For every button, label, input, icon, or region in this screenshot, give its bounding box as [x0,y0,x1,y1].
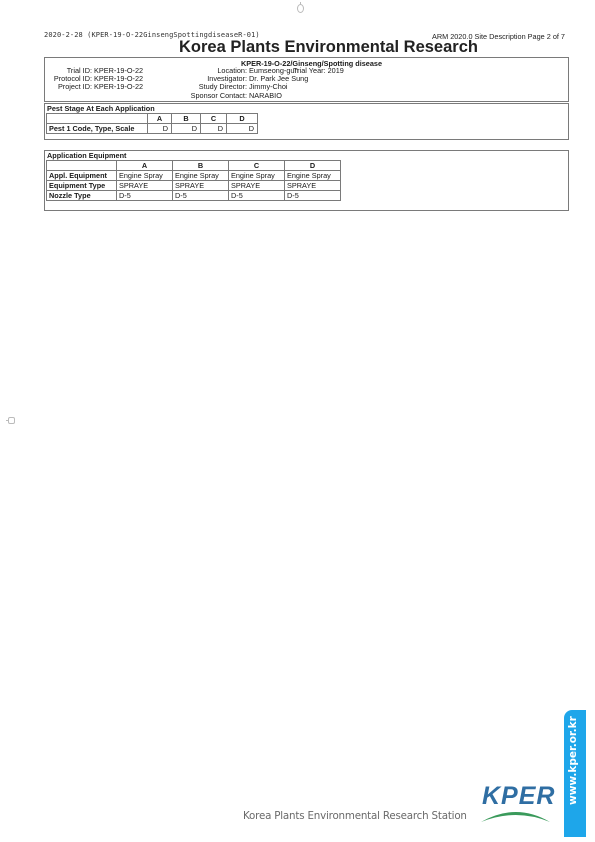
column-header: B [172,114,201,124]
application-equipment-table: A B C D Appl. Equipment Engine Spray Eng… [46,160,341,201]
application-equipment-section: Application Equipment A B C D Appl. Equi… [44,150,569,211]
column-header: B [173,161,229,171]
page-title: Korea Plants Environmental Research [0,38,595,57]
punch-hole-mark [8,417,15,424]
row-label: Equipment Type [47,181,117,191]
kper-logo: KPER [478,782,558,827]
table-row: Nozzle Type D-5 D-5 D-5 D-5 [47,191,341,201]
column-header: D [227,114,258,124]
table-cell: SPRAYE [173,181,229,191]
table-cell: D-5 [117,191,173,201]
table-cell: SPRAYE [117,181,173,191]
trial-year-value: 2019 [328,66,344,75]
section-title: Pest Stage At Each Application [47,104,155,113]
table-corner-cell [47,161,117,171]
row-label: Appl. Equipment [47,171,117,181]
pest-stage-section: Pest Stage At Each Application A B C D P… [44,103,569,140]
table-row: Pest 1 Code, Type, Scale D D D D [47,124,258,134]
column-header: A [148,114,172,124]
website-url: www.kper.or.kr [567,710,579,805]
table-corner-cell [47,114,148,124]
table-cell: SPRAYE [285,181,341,191]
table-cell: D [227,124,258,134]
trial-ids: Trial ID: KPER-19-O-22 Protocol ID: KPER… [45,67,143,92]
pest-stage-table: A B C D Pest 1 Code, Type, Scale D D D D [46,113,258,134]
table-header-row: A B C D [47,161,341,171]
trial-year-label: Trial Year: [293,66,326,75]
trial-info-box: KPER-19-O-22/Ginseng/Spotting disease Tr… [44,57,569,102]
table-cell: Engine Spray [173,171,229,181]
column-header: C [201,114,227,124]
column-header: A [117,161,173,171]
station-name: Korea Plants Environmental Research Stat… [243,810,467,822]
table-cell: D-5 [285,191,341,201]
table-cell: Engine Spray [117,171,173,181]
section-title: Application Equipment [47,151,126,160]
table-header-row: A B C D [47,114,258,124]
table-cell: Engine Spray [285,171,341,181]
table-row: Equipment Type SPRAYE SPRAYE SPRAYE SPRA… [47,181,341,191]
column-header: C [229,161,285,171]
project-id-label: Project ID: [45,83,92,91]
row-label: Pest 1 Code, Type, Scale [47,124,148,134]
logo-swoosh-icon [478,782,558,827]
table-cell: D [172,124,201,134]
row-label: Nozzle Type [47,191,117,201]
table-cell: D [148,124,172,134]
trial-people: Location: Eumseong-gun Investigator: Dr.… [155,67,308,100]
project-id-value: KPER-19-O-22 [94,82,143,91]
table-cell: Engine Spray [229,171,285,181]
sponsor-contact-value: NARABIO [249,91,282,100]
punch-hole-mark [297,4,304,13]
table-cell: D [201,124,227,134]
sponsor-contact-label: Sponsor Contact: [155,92,247,100]
trial-year: Trial Year: 2019 [293,67,344,75]
website-tab: www.kper.or.kr [564,710,586,837]
table-cell: SPRAYE [229,181,285,191]
column-header: D [285,161,341,171]
table-cell: D-5 [229,191,285,201]
table-cell: D-5 [173,191,229,201]
table-row: Appl. Equipment Engine Spray Engine Spra… [47,171,341,181]
